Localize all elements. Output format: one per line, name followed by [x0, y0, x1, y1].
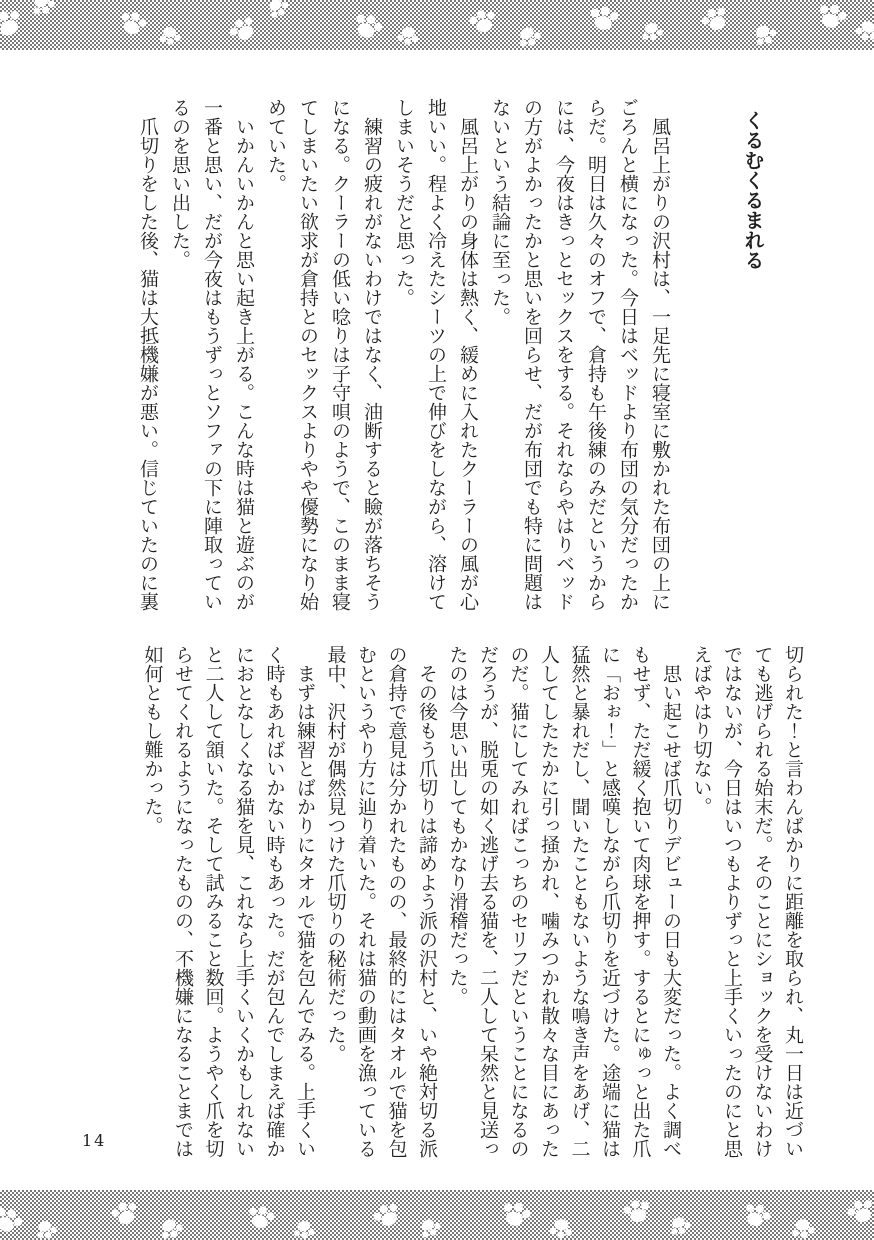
text-column: の方がよかったかと思いを回らせ、だが布団でも特に問題は: [516, 98, 548, 614]
paw-print-icon: [114, 4, 152, 42]
paw-print-icon: [850, 14, 874, 47]
paw-print-icon: [222, 8, 264, 50]
paw-print-icon: [511, 19, 547, 50]
text-column: ではないが、今日はいつもよりずっと上手くいったのにと思: [717, 645, 748, 1161]
paw-print-icon: [585, 0, 622, 37]
text-column: におとなしくなる猫を見、これなら上手くいくかもしれない: [229, 645, 260, 1161]
text-column: 思い起こせば爪切りデビューの日も大変だった。よく調べ: [656, 645, 687, 1161]
text-column: らだ。明日は久々のオフで、倉持も午後練のみだというから: [580, 98, 612, 614]
text-column: く時もあればいかない時もあった。だが包んでしまえば確か: [259, 645, 290, 1161]
text-column: いかんいかんと思い起き上がる。こんな時は猫と遊ぶのが: [228, 98, 260, 614]
book-page: くるむくるまれる 風呂上がりの沢村は、一足先に寝室に敷かれた布団の上にごろんと横…: [0, 0, 874, 1240]
paw-print-icon: [367, 1195, 408, 1236]
text-column: 猛然と暴れだし、聞いたこともないような鳴き声をあげ、二: [564, 645, 595, 1161]
text-column: その後もう爪切りは諦めよう派の沢村と、いや絶対切る派: [412, 645, 443, 1161]
paw-print-icon: [695, 0, 736, 39]
text-column: のだ。猫にしてみればこっちのセリフだということになるの: [503, 645, 534, 1161]
text-column: には、今夜はきっとセックスをする。それならやはりベッド: [548, 98, 580, 614]
text-column: 一番と思い、だが今夜はもうずっとソファの下に陣取ってい: [196, 98, 228, 614]
text-column: てしまいたい欲求が倉持とのセックスよりやや優勢になり始: [292, 98, 324, 614]
paw-print-icon: [465, 3, 502, 40]
text-column: 人してしたたかに引っ掻かれ、噛みつかれ散々な目にあった: [534, 645, 565, 1161]
paw-print-icon: [495, 1193, 536, 1234]
text-column: になる。クーラーの低い唸りは子守唄のようで、このまま寝: [324, 98, 356, 614]
paw-print-icon: [347, 5, 390, 48]
paw-print-icon: [841, 1191, 874, 1231]
text-column: 最中、沢村が偶然見つけた爪切りの秘術だった。: [320, 645, 351, 1161]
text-column: むというやり方に辿り着いた。それは猫の動画を漁っている: [351, 645, 382, 1161]
paw-print-icon: [547, 1215, 575, 1240]
text-column: の倉持で意見は分かれたものの、最終的にはタオルで猫を包: [381, 645, 412, 1161]
text-column: 地いい。程よく冷えたシーツの上で伸びをしながら、溶けて: [420, 98, 452, 614]
paw-print-icon: [788, 1214, 818, 1240]
text-column: ないという結論に至った。: [484, 98, 516, 614]
text-column: るのを思い出した。: [164, 98, 196, 614]
text-column: と二人して頷いた。そして試みること数回。ようやく爪を切: [198, 645, 229, 1161]
paw-print-icon: [106, 1194, 144, 1232]
text-column: 如何ともし難かった。: [137, 645, 168, 1161]
paw-print-icon: [737, 1195, 777, 1235]
story-title: くるむくるまれる: [736, 98, 770, 614]
text-column: 練習の疲れがないわけではなく、油断すると瞼が落ちそう: [356, 98, 388, 614]
text-column: だろうが、脱兎の如く逃げ去る猫を、二人して呆然と見送っ: [473, 645, 504, 1161]
paw-print-icon: [153, 1211, 189, 1240]
story-text-bottom-section: 切られた！と言わんばかりに距離を取られ、丸一日は近づいても逃げられる始末だ。その…: [137, 645, 808, 1161]
text-column: もせず、ただ緩く抱いて肉球を押す。するとにゅっと出た爪: [625, 645, 656, 1161]
paw-print-icon: [413, 1211, 446, 1240]
text-column: しまいそうだと思った。: [388, 98, 420, 614]
page-number: 14: [82, 1131, 106, 1150]
paw-print-icon: [637, 17, 666, 46]
text-column: えばやはり切ない。: [686, 645, 717, 1161]
text-column: に「おぉ！」と感嘆しながら爪切りを近づけた。途端に猫は: [595, 645, 626, 1161]
text-column: 風呂上がりの身体は熱く、緩めに入れたクーラーの風が心: [452, 98, 484, 614]
paw-print-icon: [243, 1199, 280, 1236]
paw-pattern-border-bottom: [0, 1190, 874, 1240]
text-column: ごろんと横になった。今日はベッドより布団の気分だったか: [612, 98, 644, 614]
paw-print-icon: [619, 1193, 656, 1230]
paw-pattern-border-top: [0, 0, 874, 50]
text-column: めていた。: [260, 98, 292, 614]
paw-print-icon: [0, 1198, 30, 1240]
story-text-top-section: くるむくるまれる 風呂上がりの沢村は、一足先に寝室に敷かれた布団の上にごろんと横…: [132, 98, 770, 614]
paw-print-icon: [26, 0, 61, 22]
text-column: 爪切りをした後、猫は大抵機嫌が悪い。信じていたのに裏: [132, 98, 164, 614]
text-column: 切られた！と言わんばかりに距離を取られ、丸一日は近づい: [778, 645, 809, 1161]
text-column: ても逃げられる始末だ。そのことにショックを受けないわけ: [747, 645, 778, 1161]
text-column: たのは今思い出してもかなり滑稽だった。: [442, 645, 473, 1161]
paw-print-icon: [0, 0, 30, 45]
text-column: まずは練習とばかりにタオルで猫を包んでみる。上手くい: [290, 645, 321, 1161]
paw-print-icon: [261, 0, 295, 25]
paw-print-icon: [291, 1217, 317, 1240]
paw-print-icon: [747, 17, 783, 50]
paw-print-icon: [31, 1215, 62, 1240]
paw-print-icon: [664, 1210, 696, 1240]
paw-print-icon: [395, 23, 421, 49]
text-column: 風呂上がりの沢村は、一足先に寝室に敷かれた布団の上に: [644, 98, 676, 614]
paw-print-icon: [157, 23, 183, 49]
text-column: らせてくれるようになったものの、不機嫌になることまでは: [168, 645, 199, 1161]
paw-print-icon: [811, 0, 852, 37]
